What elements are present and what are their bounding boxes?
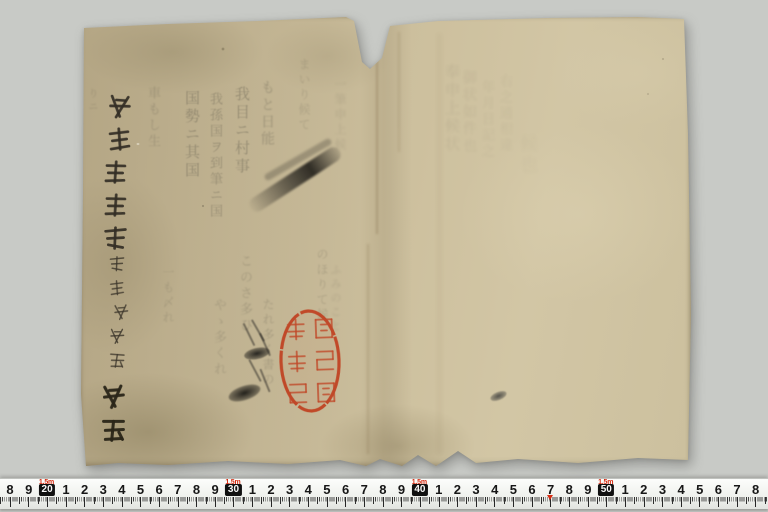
ruler-cm-digit: 3 <box>286 482 293 497</box>
ruler-tick-cell <box>196 497 215 508</box>
ruler-cm-digit: 8 <box>6 482 13 497</box>
bleedthrough-column: 候也 <box>518 134 536 176</box>
ruler-tick-cell <box>476 497 495 508</box>
ruler-cm-digit: 4 <box>118 482 125 497</box>
calligraphy-glyph <box>100 416 127 443</box>
calligraphy-glyph <box>107 278 126 297</box>
ruler-cm-digit: 4 <box>305 482 312 497</box>
calligraphy-glyph <box>105 92 134 121</box>
ruler-meter-label: 1.5m <box>39 479 54 486</box>
calligraphy-glyph <box>108 255 126 273</box>
ruler-tick-cell <box>644 497 663 508</box>
calligraphy-glyph <box>101 191 130 220</box>
ruler-cm-digit: 7 <box>361 482 368 497</box>
ruler-tick-cell <box>271 497 290 508</box>
ruler-cm-digit: 7 <box>174 482 181 497</box>
ruler-tick-cell <box>10 497 29 508</box>
ruler-tick-cell <box>233 497 252 508</box>
margin-column: りニ <box>86 88 96 114</box>
ruler-cm-digit: 9 <box>211 482 218 497</box>
ruler-tick-cell <box>47 497 66 508</box>
ruler-cm-digit: 8 <box>566 482 573 497</box>
photo-stage: 車もし生一も〆れ国勢ニ其国我孫国ヲ到筆ニ国我目ニ村事もと日能このさ多ひやゝ多くれ… <box>0 0 768 512</box>
ruler-cm-digit: 1 <box>435 482 442 497</box>
calligraphy-glyph <box>102 225 129 252</box>
faint-text-column: まいり候て <box>298 58 310 133</box>
ruler-tick-cell <box>383 497 402 508</box>
ruler-cm-digit: 9 <box>25 482 32 497</box>
ruler-tick-cell <box>588 497 607 508</box>
bleedthrough-column: 奉申上候状 <box>444 64 459 154</box>
ruler-tick-cell <box>401 497 420 508</box>
ruler-cm-digit: 5 <box>323 482 330 497</box>
secondary-calligraphy-column <box>110 252 128 372</box>
ruler-cm-digit: 3 <box>472 482 479 497</box>
ruler-tick-cell <box>681 497 700 508</box>
ruler-cm-digit: 3 <box>659 482 666 497</box>
faint-text-column: 一筆申上候 <box>334 78 346 153</box>
calligraphy-glyph <box>107 350 126 369</box>
ruler-tick-cell <box>84 497 103 508</box>
ruler-cm-digit: 1 <box>62 482 69 497</box>
ruler-cm-digit: 2 <box>81 482 88 497</box>
ruler-cm-digit: 2 <box>640 482 647 497</box>
ruler-cm-digit: 3 <box>100 482 107 497</box>
bleedthrough-column: 右之通相違 <box>498 74 511 154</box>
manuscript-document: 車もし生一も〆れ国勢ニ其国我孫国ヲ到筆ニ国我目ニ村事もと日能このさ多ひやゝ多くれ… <box>78 14 692 467</box>
ruler-cm-digit: 5 <box>137 482 144 497</box>
ruler-tick-cell <box>0 497 10 508</box>
faint-text-column: このさ多ひ <box>238 254 251 334</box>
collector-seal <box>270 304 350 419</box>
ruler-cm-digit: 6 <box>528 482 535 497</box>
document-shadow-wrap: 車もし生一も〆れ国勢ニ其国我孫国ヲ到筆ニ国我目ニ村事もと日能このさ多ひやゝ多くれ… <box>78 14 692 467</box>
calligraphy-glyph <box>111 302 130 321</box>
faint-text-column: 国勢ニ其国 <box>184 90 199 180</box>
ruler-cm-digit: 6 <box>156 482 163 497</box>
ruler-cm-digit: 2 <box>267 482 274 497</box>
calligraphy-glyph <box>108 327 126 345</box>
ruler-tick-cell <box>606 497 625 508</box>
ruler-tick-cell <box>755 497 768 508</box>
signature-calligraphy-column <box>102 380 129 446</box>
bleedthrough-column: 御状如件也 <box>462 70 476 155</box>
ruler-tick-cell <box>364 497 383 508</box>
faint-text-column: 車もし生 <box>146 86 159 150</box>
calligraphy-glyph <box>105 125 134 154</box>
faint-text-column: 我目ニ村事 <box>234 86 249 176</box>
ruler-cm-digit: 9 <box>584 482 591 497</box>
ruler-tick-cell <box>737 497 756 508</box>
ruler-tick-cell <box>513 497 532 508</box>
crease-line <box>438 34 441 454</box>
ruler-tick-cell <box>66 497 85 508</box>
archive-photo-background: { "scene": { "background_color": "#c8cac… <box>0 0 768 512</box>
ruler-cm-digit: 6 <box>715 482 722 497</box>
ruler-tick-cell <box>252 497 271 508</box>
ruler-tick-cell <box>178 497 197 508</box>
ruler-tick-cell <box>345 497 364 508</box>
ruler-tick-cell <box>662 497 681 508</box>
ruler-tick-cell <box>718 497 737 508</box>
ruler-cm-digit: 7 <box>733 482 740 497</box>
ruler-cm-digit: 1 <box>622 482 629 497</box>
calligraphy-glyph <box>101 158 130 187</box>
ruler-red-pointer <box>547 495 553 500</box>
ruler-cm-digit: 5 <box>696 482 703 497</box>
ruler-tick-cell <box>569 497 588 508</box>
ruler-tick-cell <box>439 497 458 508</box>
ruler-cm-digit: 8 <box>379 482 386 497</box>
ruler-tick-cell <box>159 497 178 508</box>
ruler-tick-cell <box>457 497 476 508</box>
ruler-cm-digit: 6 <box>342 482 349 497</box>
scale-ruler: 89201.5m123456789301.5m123456789401.5m12… <box>0 478 768 509</box>
calligraphy-glyph <box>99 382 128 411</box>
ruler-tick-cell <box>420 497 439 508</box>
ruler-tick-cell <box>327 497 346 508</box>
ruler-tick-cell <box>215 497 234 508</box>
bleedthrough-column: 年月日記之 <box>480 80 493 160</box>
ruler-cm-digit: 1 <box>249 482 256 497</box>
ruler-cm-digit: 9 <box>398 482 405 497</box>
ruler-cm-digit: 5 <box>510 482 517 497</box>
ruler-tick-cell <box>289 497 308 508</box>
faint-text-column: 一も〆れ <box>162 266 174 326</box>
ruler-tick-cell <box>103 497 122 508</box>
faint-text-column: 我孫国ヲ到筆ニ国 <box>208 92 221 220</box>
ruler-cm-digit: 8 <box>752 482 759 497</box>
faint-text-column: やゝ多くれ <box>212 298 225 378</box>
center-fold-shading <box>360 14 412 467</box>
ruler-cm-digit: 4 <box>677 482 684 497</box>
ruler-tick-cell <box>122 497 141 508</box>
ruler-cm-digit: 2 <box>454 482 461 497</box>
ruler-meter-label: 1.5m <box>412 479 427 486</box>
ruler-cm-digit: 8 <box>193 482 200 497</box>
ruler-meter-label: 1.5m <box>225 479 240 486</box>
ruler-tick-cell <box>494 497 513 508</box>
ruler-tick-cell <box>308 497 327 508</box>
ruler-meter-label: 1.5m <box>598 479 613 486</box>
ruler-tick-cell <box>28 497 47 508</box>
faint-text-column: もと日能 <box>260 80 274 148</box>
main-calligraphy-column <box>104 90 131 255</box>
ruler-tick-cell <box>699 497 718 508</box>
ruler-cm-digit: 4 <box>491 482 498 497</box>
ruler-tick-cell <box>140 497 159 508</box>
ruler-tick-cell <box>625 497 644 508</box>
